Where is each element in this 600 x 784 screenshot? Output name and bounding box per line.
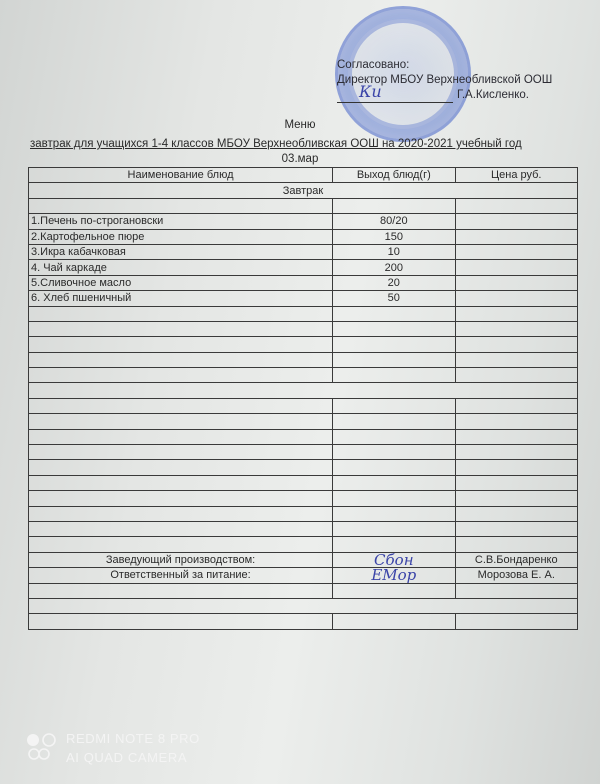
dish-yield: 50: [333, 291, 455, 306]
table-row: [29, 383, 578, 398]
signature-role: Ответственный за питание:: [29, 568, 333, 583]
table-row: [29, 614, 578, 629]
column-header-yield: Выход блюд(г): [333, 168, 455, 183]
table-row: [29, 429, 578, 444]
signature-row: Заведующий производством: Сбон С.В.Бонда…: [29, 552, 578, 567]
table-row: 1.Печень по-строгановски80/20: [29, 214, 578, 229]
watermark-line2: AI QUAD CAMERA: [66, 748, 200, 767]
approval-block: Согласовано: Директор МБОУ Верхнеобливск…: [337, 58, 552, 103]
table-row: [29, 537, 578, 552]
document-subtitle: завтрак для учащихся 1-4 классов МБОУ Ве…: [30, 138, 522, 150]
menu-date: 03.мар: [0, 153, 600, 165]
dish-price: [455, 260, 577, 275]
table-row: [29, 583, 578, 598]
section-title: Завтрак: [29, 183, 578, 198]
section-row: Завтрак: [29, 183, 578, 198]
table-row: [29, 368, 578, 383]
dish-name: 3.Икра кабачковая: [29, 244, 333, 259]
dish-yield: 150: [333, 229, 455, 244]
table-row: [29, 321, 578, 336]
table-row: [29, 337, 578, 352]
camera-logo-icon: [26, 732, 58, 762]
table-row: [29, 414, 578, 429]
dish-name: 5.Сливочное масло: [29, 275, 333, 290]
dish-price: [455, 275, 577, 290]
signature-line: Ки: [337, 90, 453, 103]
dish-price: [455, 214, 577, 229]
table-row: [29, 198, 578, 213]
dish-price: [455, 229, 577, 244]
table-row: [29, 445, 578, 460]
table-row: [29, 352, 578, 367]
table-row: [29, 521, 578, 536]
table-row: [29, 306, 578, 321]
table-row: 3.Икра кабачковая10: [29, 244, 578, 259]
dish-yield: 80/20: [333, 214, 455, 229]
dish-name: 4. Чай каркаде: [29, 260, 333, 275]
dish-name: 1.Печень по-строгановски: [29, 214, 333, 229]
table-row: 5.Сливочное масло20: [29, 275, 578, 290]
table-header-row: Наименование блюд Выход блюд(г) Цена руб…: [29, 168, 578, 183]
approval-label: Согласовано:: [337, 58, 552, 73]
table-row: [29, 491, 578, 506]
column-header-dish: Наименование блюд: [29, 168, 333, 183]
signature-mark: ЕМор: [333, 568, 455, 583]
signature-mark: Сбон: [333, 552, 455, 567]
approval-signature-line: КиГ.А.Кисленко.: [337, 88, 552, 103]
signature-role: Заведующий производством:: [29, 552, 333, 567]
signature-name: С.В.Бондаренко: [455, 552, 577, 567]
table-row: [29, 475, 578, 490]
dish-yield: 200: [333, 260, 455, 275]
column-header-price: Цена руб.: [455, 168, 577, 183]
signature-name: Морозова Е. А.: [455, 568, 577, 583]
dish-price: [455, 291, 577, 306]
signature-row: Ответственный за питание: ЕМор Морозова …: [29, 568, 578, 583]
dish-name: 2.Картофельное пюре: [29, 229, 333, 244]
menu-table: Наименование блюд Выход блюд(г) Цена руб…: [28, 167, 578, 630]
camera-watermark: REDMI NOTE 8 PRO AI QUAD CAMERA: [66, 729, 200, 767]
document-title: Меню: [0, 119, 600, 131]
table-row: 4. Чай каркаде200: [29, 260, 578, 275]
table-row: [29, 460, 578, 475]
table-row: 2.Картофельное пюре150: [29, 229, 578, 244]
director-signature: Ки: [359, 84, 382, 99]
dish-yield: 10: [333, 244, 455, 259]
table-row: [29, 506, 578, 521]
dish-price: [455, 244, 577, 259]
table-row: [29, 598, 578, 613]
director-name: Г.А.Кисленко.: [457, 89, 529, 101]
table-row: 6. Хлеб пшеничный50: [29, 291, 578, 306]
dish-name: 6. Хлеб пшеничный: [29, 291, 333, 306]
watermark-line1: REDMI NOTE 8 PRO: [66, 729, 200, 748]
table-row: [29, 398, 578, 413]
dish-yield: 20: [333, 275, 455, 290]
